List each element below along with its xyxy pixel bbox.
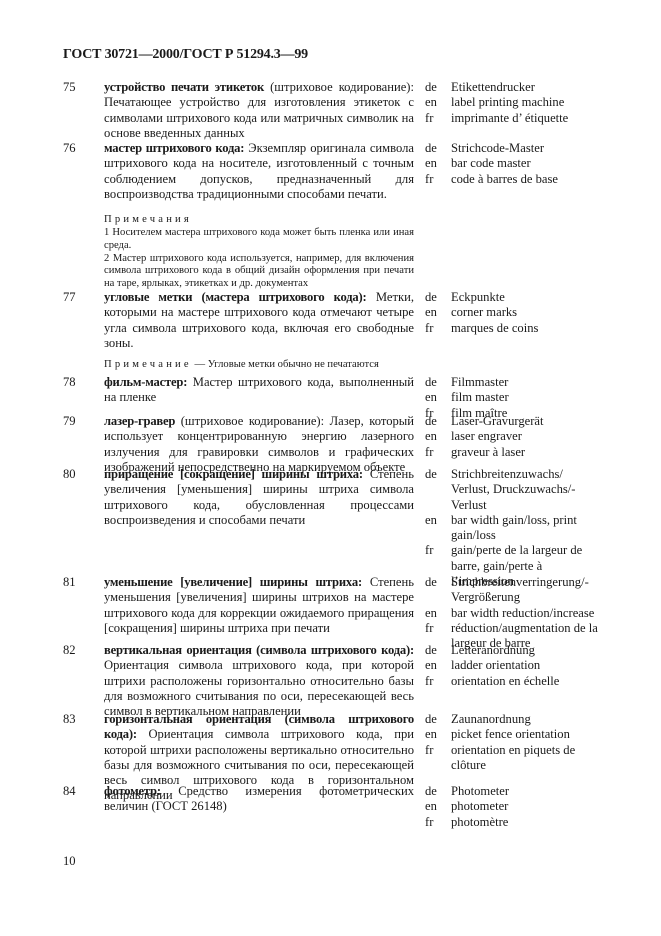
note-text: — Угловые метки обычно не печатаются: [192, 359, 379, 370]
lang-code: de: [425, 290, 449, 305]
entry-number: 80: [63, 467, 76, 482]
translation-de: deLaser-Gravurgerät: [425, 414, 661, 429]
translations: deEtikettendrucker enlabel printing mach…: [425, 80, 661, 126]
translation-en: enbar width reduction/increase: [425, 606, 661, 621]
translation-de: deEtikettendrucker: [425, 80, 661, 95]
note-block: Примечание — Угловые метки обычно не печ…: [104, 359, 414, 372]
lang-code: de: [425, 784, 449, 799]
lang-code: en: [425, 305, 449, 320]
translation-de: deEckpunkte: [425, 290, 661, 305]
translation-text: bar width reduction/increase: [451, 606, 641, 621]
lang-code: fr: [425, 674, 449, 689]
translation-fr: frphotomètre: [425, 815, 661, 830]
translation-text: photomètre: [451, 815, 621, 830]
lang-code: de: [425, 414, 449, 429]
lang-code: en: [425, 658, 449, 673]
notes-block: Примечания 1 Носителем мастера штриховог…: [104, 214, 414, 291]
lang-code: fr: [425, 743, 449, 758]
entry-term: фильм-мастер:: [104, 375, 187, 389]
entry-definition: вертикальная ориентация (символа штрихов…: [104, 643, 414, 719]
entry-definition: фотометр: Средство измерения фотометриче…: [104, 784, 414, 815]
lang-code: fr: [425, 543, 449, 558]
translation-fr: frorientation en piquets de clôture: [425, 743, 661, 774]
translation-text: graveur à laser: [451, 445, 621, 460]
translations: deStrichbreitenverringerung/- Vergrößeru…: [425, 575, 661, 651]
entry-definition: приращение [сокращение] ширины штриха: С…: [104, 467, 414, 528]
translation-fr: frmarques de coins: [425, 321, 661, 336]
entry-definition: угловые метки (мастера штрихового кода):…: [104, 290, 414, 372]
lang-code: de: [425, 712, 449, 727]
lang-code: fr: [425, 321, 449, 336]
note-item: 2 Мастер штрихового кода используется, н…: [104, 253, 414, 291]
translation-fr: frcode à barres de base: [425, 172, 661, 187]
translation-text: picket fence orientation: [451, 727, 621, 742]
translation-text: Photometer: [451, 784, 621, 799]
entry-term: фотометр:: [104, 784, 161, 798]
entry-term: приращение [сокращение] ширины штриха:: [104, 467, 363, 481]
translation-text: label printing machine: [451, 95, 621, 110]
translation-text: corner marks: [451, 305, 621, 320]
translation-text: Laser-Gravurgerät: [451, 414, 621, 429]
entry-number: 82: [63, 643, 76, 658]
entry-term: вертикальная ориентация (символа штрихов…: [104, 643, 414, 657]
lang-code: fr: [425, 445, 449, 460]
translation-text: Strichbreitenverringerung/- Vergrößerung: [451, 575, 601, 606]
translation-text: laser engraver: [451, 429, 621, 444]
entry-definition: фильм-мастер: Мастер штрихового кода, вы…: [104, 375, 414, 406]
note-item: 1 Носителем мастера штрихового кода може…: [104, 227, 414, 253]
lang-code: de: [425, 467, 449, 482]
entry-term: уменьшение [увеличение] ширины штриха:: [104, 575, 362, 589]
translations: deZaunanordnung enpicket fence orientati…: [425, 712, 661, 773]
translation-text: Zaunanordnung: [451, 712, 621, 727]
lang-code: en: [425, 156, 449, 171]
entry-definition: устройство печати этикеток (штриховое ко…: [104, 80, 414, 141]
notes-title: Примечания: [104, 214, 414, 227]
lang-code: de: [425, 575, 449, 590]
translation-fr: frimprimante d’ étiquette: [425, 111, 661, 126]
translation-en: enpicket fence orientation: [425, 727, 661, 742]
entry-definition: лазер-гравер (штриховое кодирование): Ла…: [104, 414, 414, 475]
entry-number: 75: [63, 80, 76, 95]
translation-fr: frgraveur à laser: [425, 445, 661, 460]
entry-number: 83: [63, 712, 76, 727]
lang-code: de: [425, 141, 449, 156]
lang-code: en: [425, 799, 449, 814]
entry-term: лазер-гравер: [104, 414, 175, 428]
translation-de: deStrichbreitenverringerung/- Vergrößeru…: [425, 575, 661, 606]
translation-text: Strichcode-Master: [451, 141, 621, 156]
translation-text: Filmmaster: [451, 375, 621, 390]
translation-en: enfilm master: [425, 390, 661, 405]
lang-code: fr: [425, 111, 449, 126]
translation-en: encorner marks: [425, 305, 661, 320]
translation-text: Etikettendrucker: [451, 80, 621, 95]
page-number: 10: [63, 854, 76, 869]
translations: dePhotometer enphotometer frphotomètre: [425, 784, 661, 830]
translation-text: marques de coins: [451, 321, 621, 336]
lang-code: en: [425, 429, 449, 444]
translation-en: enlabel printing machine: [425, 95, 661, 110]
translation-en: enlaser engraver: [425, 429, 661, 444]
translation-de: deStrichbreitenzuwachs/ Verlust, Druckzu…: [425, 467, 661, 513]
entry-number: 76: [63, 141, 76, 156]
lang-code: de: [425, 643, 449, 658]
entry-number: 77: [63, 290, 76, 305]
translation-text: bar code master: [451, 156, 621, 171]
entry-number: 79: [63, 414, 76, 429]
translation-text: orientation en échelle: [451, 674, 621, 689]
lang-code: fr: [425, 621, 449, 636]
translation-en: enbar width gain/loss, print gain/loss: [425, 513, 661, 544]
lang-code: en: [425, 390, 449, 405]
definition-text: Ориентация символа штрихового кода, при …: [104, 658, 414, 718]
entry-number: 84: [63, 784, 76, 799]
translation-de: deFilmmaster: [425, 375, 661, 390]
lang-code: de: [425, 80, 449, 95]
entry-term: мастер штрихового кода:: [104, 141, 244, 155]
lang-code: de: [425, 375, 449, 390]
entry-definition: мастер штрихового кода: Экземпляр оригин…: [104, 141, 414, 291]
translations: deStrichbreitenzuwachs/ Verlust, Druckzu…: [425, 467, 661, 589]
entry-definition: уменьшение [увеличение] ширины штриха: С…: [104, 575, 414, 636]
translation-text: Leiteranordnung: [451, 643, 621, 658]
translation-text: bar width gain/loss, print gain/loss: [451, 513, 591, 544]
lang-code: fr: [425, 172, 449, 187]
lang-code: fr: [425, 815, 449, 830]
translation-text: Strichbreitenzuwachs/ Verlust, Druckzuwa…: [451, 467, 591, 513]
translation-de: deLeiteranordnung: [425, 643, 661, 658]
entry-number: 78: [63, 375, 76, 390]
lang-code: en: [425, 606, 449, 621]
translation-de: deZaunanordnung: [425, 712, 661, 727]
translation-text: ladder orientation: [451, 658, 621, 673]
entry-term: угловые метки (мастера штрихового кода):: [104, 290, 366, 304]
translation-text: Eckpunkte: [451, 290, 621, 305]
entry-number: 81: [63, 575, 76, 590]
translation-en: enphotometer: [425, 799, 661, 814]
translation-text: code à barres de base: [451, 172, 621, 187]
translation-text: film master: [451, 390, 621, 405]
translation-de: dePhotometer: [425, 784, 661, 799]
lang-code: en: [425, 95, 449, 110]
translation-text: orientation en piquets de clôture: [451, 743, 601, 774]
translations: deLeiteranordnung enladder orientation f…: [425, 643, 661, 689]
translation-en: enbar code master: [425, 156, 661, 171]
translation-text: photometer: [451, 799, 621, 814]
translation-de: deStrichcode-Master: [425, 141, 661, 156]
translation-en: enladder orientation: [425, 658, 661, 673]
translations: deEckpunkte encorner marks frmarques de …: [425, 290, 661, 336]
translations: deStrichcode-Master enbar code master fr…: [425, 141, 661, 187]
translation-text: imprimante d’ étiquette: [451, 111, 621, 126]
lang-code: en: [425, 727, 449, 742]
entry-term: устройство печати этикеток: [104, 80, 264, 94]
translation-fr: frorientation en échelle: [425, 674, 661, 689]
translations: deLaser-Gravurgerät enlaser engraver frg…: [425, 414, 661, 460]
note-title: Примечание: [104, 359, 192, 370]
document-header: ГОСТ 30721—2000/ГОСТ Р 51294.3—99: [63, 47, 308, 63]
lang-code: en: [425, 513, 449, 528]
